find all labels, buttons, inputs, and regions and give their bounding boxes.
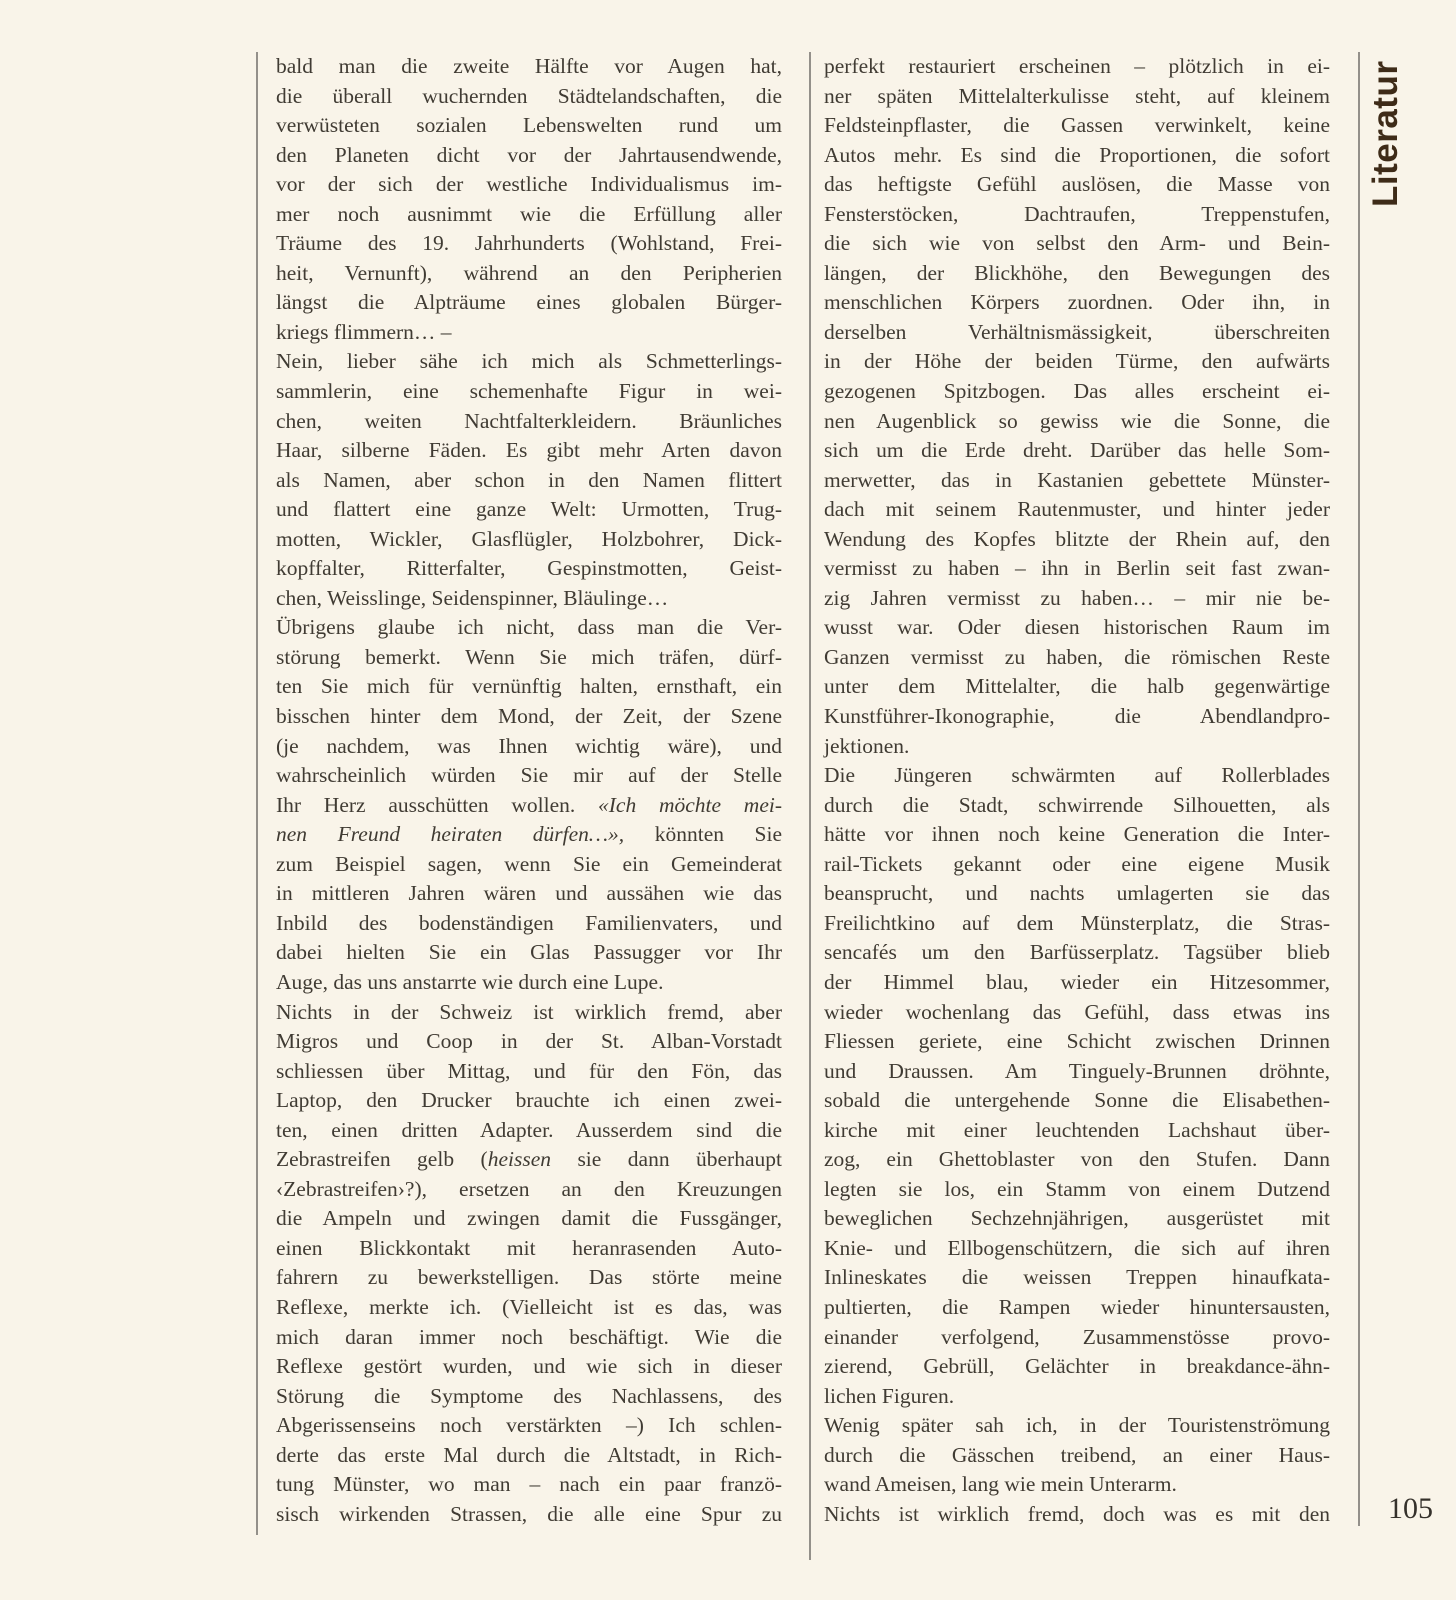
text-line: Freilichtkino auf dem Münsterplatz, die … — [824, 909, 1330, 939]
text-line: Wenig später sah ich, in der Touristenst… — [824, 1411, 1330, 1441]
text-line: verwüsteten sozialen Lebenswelten rund u… — [276, 111, 782, 141]
text-segment: könnten Sie — [624, 822, 782, 846]
text-line: derte das erste Mal durch die Altstadt, … — [276, 1441, 782, 1471]
page-number: 105 — [1388, 1492, 1433, 1526]
text-line: mich daran immer noch beschäftigt. Wie d… — [276, 1323, 782, 1353]
text-line: ten Sie mich für vernünftig halten, erns… — [276, 672, 782, 702]
text-line: nen Augenblick so gewiss wie die Sonne, … — [824, 407, 1330, 437]
text-line: schliessen über Mittag, und für den Fön,… — [276, 1057, 782, 1087]
text-line: Fensterstöcken, Dachtraufen, Treppenstuf… — [824, 200, 1330, 230]
text-line: zum Beispiel sagen, wenn Sie ein Gemeind… — [276, 850, 782, 880]
column-divider-rule — [809, 52, 811, 1560]
text-segment: sie dann überhaupt — [551, 1147, 782, 1171]
text-line: perfekt restauriert erscheinen – plötzli… — [824, 52, 1330, 82]
text-line: in der Höhe der beiden Türme, den aufwär… — [824, 347, 1330, 377]
section-label-literatur: Literatur — [1366, 50, 1414, 218]
text-line: Feldsteinpflaster, die Gassen verwinkelt… — [824, 111, 1330, 141]
text-line: die überall wuchernden Städtelandschafte… — [276, 82, 782, 112]
text-line: längst die Alpträume eines globalen Bürg… — [276, 288, 782, 318]
text-line: Wendung des Kopfes blitzte der Rhein auf… — [824, 525, 1330, 555]
text-line: sobald die untergehende Sonne die Elisab… — [824, 1086, 1330, 1116]
text-line: Haar, silberne Fäden. Es gibt mehr Arten… — [276, 436, 782, 466]
text-line: Autos mehr. Es sind die Proportionen, di… — [824, 141, 1330, 171]
text-line: motten, Wickler, Glasflügler, Holzbohrer… — [276, 525, 782, 555]
text-line: Laptop, den Drucker brauchte ich einen z… — [276, 1086, 782, 1116]
text-line: einander verfolgend, Zusammenstösse prov… — [824, 1323, 1330, 1353]
text-line: mer noch ausnimmt wie die Erfüllung alle… — [276, 200, 782, 230]
text-line: das heftigste Gefühl auslösen, die Masse… — [824, 170, 1330, 200]
text-line: Nein, lieber sähe ich mich als Schmetter… — [276, 347, 782, 377]
text-line: ner späten Mittelalterkulisse steht, auf… — [824, 82, 1330, 112]
left-text-column: bald man die zweite Hälfte vor Augen hat… — [276, 52, 782, 1529]
text-line: Träume des 19. Jahrhunderts (Wohlstand, … — [276, 229, 782, 259]
text-line: die Ampeln und zwingen damit die Fussgän… — [276, 1204, 782, 1234]
text-line: als Namen, aber schon in den Namen flitt… — [276, 466, 782, 496]
text-line: nen Freund heiraten dürfen…», könnten Si… — [276, 820, 782, 850]
text-line: durch die Gässchen treibend, an einer Ha… — [824, 1441, 1330, 1471]
text-line: dabei hielten Sie ein Glas Passugger vor… — [276, 938, 782, 968]
text-line: rail-Tickets gekannt oder eine eigene Mu… — [824, 850, 1330, 880]
text-line: wand Ameisen, lang wie mein Unterarm. — [824, 1470, 1330, 1500]
text-line: menschlichen Körpers zuordnen. Oder ihn,… — [824, 288, 1330, 318]
text-line: Abgerissenseins noch verstärkten –) Ich … — [276, 1411, 782, 1441]
text-line: durch die Stadt, schwirrende Silhouetten… — [824, 791, 1330, 821]
text-line: Zebrastreifen gelb (heissen sie dann übe… — [276, 1145, 782, 1175]
text-line: Reflexe, merkte ich. (Vielleicht ist es … — [276, 1293, 782, 1323]
text-line: lichen Figuren. — [824, 1382, 1330, 1412]
text-line: sich um die Erde dreht. Darüber das hell… — [824, 436, 1330, 466]
text-line: längen, der Blickhöhe, den Bewegungen de… — [824, 259, 1330, 289]
text-line: ‹Zebrastreifen›?), ersetzen an den Kreuz… — [276, 1175, 782, 1205]
italic-quote: nen Freund heiraten dürfen…», — [276, 822, 624, 846]
text-line: sammlerin, eine schemenhafte Figur in we… — [276, 377, 782, 407]
margin-rule — [1358, 52, 1360, 1526]
right-text-column: perfekt restauriert erscheinen – plötzli… — [824, 52, 1330, 1529]
text-line: Reflexe gestört wurden, und wie sich in … — [276, 1352, 782, 1382]
text-line: chen, weiten Nachtfalterkleidern. Bräunl… — [276, 407, 782, 437]
text-line: wusst war. Oder diesen historischen Raum… — [824, 613, 1330, 643]
text-line: gezogenen Spitzbogen. Das alles erschein… — [824, 377, 1330, 407]
text-line: Migros und Coop in der St. Alban-Vorstad… — [276, 1027, 782, 1057]
text-line: und Draussen. Am Tinguely-Brunnen dröhnt… — [824, 1057, 1330, 1087]
text-line: in mittleren Jahren wären und aussähen w… — [276, 879, 782, 909]
text-line: pultierten, die Rampen wieder hinuntersa… — [824, 1293, 1330, 1323]
text-line: jektionen. — [824, 732, 1330, 762]
text-line: legten sie los, ein Stamm von einem Dutz… — [824, 1175, 1330, 1205]
text-line: fahrern zu bewerkstelligen. Das störte m… — [276, 1263, 782, 1293]
italic-quote: «Ich möchte mei- — [598, 793, 782, 817]
text-line: Fliessen geriete, eine Schicht zwischen … — [824, 1027, 1330, 1057]
text-line: Störung die Symptome des Nachlassens, de… — [276, 1382, 782, 1412]
text-line: kriegs flimmern… – — [276, 318, 782, 348]
text-line: bisschen hinter dem Mond, der Zeit, der … — [276, 702, 782, 732]
text-segment: Zebrastreifen gelb ( — [276, 1147, 488, 1171]
text-segment: Ihr Herz ausschütten wollen. — [276, 793, 598, 817]
text-line: wieder wochenlang das Gefühl, dass etwas… — [824, 998, 1330, 1028]
text-line: zig Jahren vermisst zu haben… – mir nie … — [824, 584, 1330, 614]
text-line: Nichts ist wirklich fremd, doch was es m… — [824, 1500, 1330, 1530]
text-line: störung bemerkt. Wenn Sie mich träfen, d… — [276, 643, 782, 673]
text-line: Inlineskates die weissen Treppen hinaufk… — [824, 1263, 1330, 1293]
text-line: hätte vor ihnen noch keine Generation di… — [824, 820, 1330, 850]
text-line: der Himmel blau, wieder ein Hitzesommer, — [824, 968, 1330, 998]
scanned-page: bald man die zweite Hälfte vor Augen hat… — [0, 0, 1456, 1600]
text-line: derselben Verhältnismässigkeit, überschr… — [824, 318, 1330, 348]
text-line: beweglichen Sechzehnjährigen, ausgerüste… — [824, 1204, 1330, 1234]
text-line: und flattert eine ganze Welt: Urmotten, … — [276, 495, 782, 525]
text-line: Ganzen vermisst zu haben, die römischen … — [824, 643, 1330, 673]
italic-quote: heissen — [488, 1147, 551, 1171]
text-line: Kunstführer-Ikonographie, die Abendlandp… — [824, 702, 1330, 732]
text-line: Knie- und Ellbogenschützern, die sich au… — [824, 1234, 1330, 1264]
text-line: bald man die zweite Hälfte vor Augen hat… — [276, 52, 782, 82]
text-line: wahrscheinlich würden Sie mir auf der St… — [276, 761, 782, 791]
text-line: (je nachdem, was Ihnen wichtig wäre), un… — [276, 732, 782, 762]
text-line: Inbild des bodenständigen Familienvaters… — [276, 909, 782, 939]
text-line: tung Münster, wo man – nach ein paar fra… — [276, 1470, 782, 1500]
left-column-rule — [256, 52, 258, 1535]
text-line: ten, einen dritten Adapter. Ausserdem si… — [276, 1116, 782, 1146]
text-line: Ihr Herz ausschütten wollen. «Ich möchte… — [276, 791, 782, 821]
text-line: zierend, Gebrüll, Gelächter in breakdanc… — [824, 1352, 1330, 1382]
text-line: den Planeten dicht vor der Jahrtausendwe… — [276, 141, 782, 171]
text-line: chen, Weisslinge, Seidenspinner, Bläulin… — [276, 584, 782, 614]
text-line: kopffalter, Ritterfalter, Gespinstmotten… — [276, 554, 782, 584]
text-line: vor der sich der westliche Individualism… — [276, 170, 782, 200]
text-line: Nichts in der Schweiz ist wirklich fremd… — [276, 998, 782, 1028]
text-line: sisch wirkenden Strassen, die alle eine … — [276, 1500, 782, 1530]
text-line: dach mit seinem Rautenmuster, und hinter… — [824, 495, 1330, 525]
text-line: zog, ein Ghettoblaster von den Stufen. D… — [824, 1145, 1330, 1175]
text-line: vermisst zu haben – ihn in Berlin seit f… — [824, 554, 1330, 584]
text-line: Auge, das uns anstarrte wie durch eine L… — [276, 968, 782, 998]
text-line: Die Jüngeren schwärmten auf Rollerblades — [824, 761, 1330, 791]
text-line: merwetter, das in Kastanien gebettete Mü… — [824, 466, 1330, 496]
text-line: heit, Vernunft), während an den Peripher… — [276, 259, 782, 289]
text-line: beansprucht, und nachts umlagerten sie d… — [824, 879, 1330, 909]
text-line: einen Blickkontakt mit heranrasenden Aut… — [276, 1234, 782, 1264]
text-line: die sich wie von selbst den Arm- und Bei… — [824, 229, 1330, 259]
text-line: kirche mit einer leuchtenden Lachshaut ü… — [824, 1116, 1330, 1146]
text-line: unter dem Mittelalter, die halb gegenwär… — [824, 672, 1330, 702]
text-line: sencafés um den Barfüsserplatz. Tagsüber… — [824, 938, 1330, 968]
text-line: Übrigens glaube ich nicht, dass man die … — [276, 613, 782, 643]
